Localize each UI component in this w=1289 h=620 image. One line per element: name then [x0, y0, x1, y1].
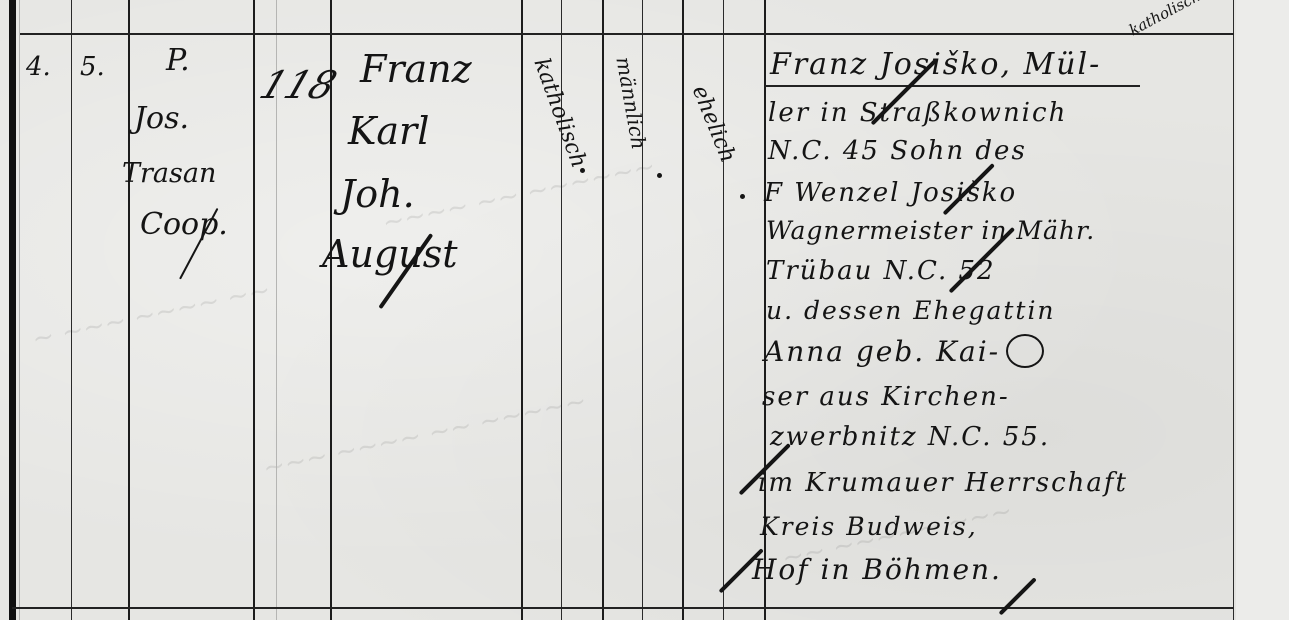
parents-line: Hof in Böhmen. — [752, 556, 1002, 584]
column-rule — [19, 0, 20, 620]
column-rule — [642, 0, 643, 620]
left-binding-rule — [9, 0, 16, 620]
parents-line: Wagnermeister in Mähr. — [766, 218, 1095, 243]
right-border-rule — [1233, 0, 1234, 620]
officiant-line: Trasan — [122, 160, 216, 187]
house-number: 118 — [255, 66, 341, 104]
officiant-line: Jos. — [134, 104, 189, 134]
child-name-line: August — [322, 235, 458, 273]
parents-line: N.C. 45 Sohn des — [768, 138, 1027, 164]
parents-line: Kreis Budweis, — [760, 514, 978, 539]
column-rule — [723, 0, 724, 620]
column-rule — [602, 0, 604, 620]
column-rule — [521, 0, 523, 620]
column-rule — [128, 0, 130, 620]
parents-line: F Wenzel Josiško — [764, 180, 1017, 206]
parents-line: im Krumauer Herrschaft — [758, 470, 1128, 496]
entry-number: 4. — [26, 54, 51, 80]
bleed-through-text: ~~~~ ~~ ~~~~~~ — [380, 151, 658, 238]
child-name-line: Karl — [348, 112, 429, 150]
row-bottom-rule — [12, 607, 1234, 609]
parents-line: u. dessen Ehegattin — [766, 298, 1056, 323]
ink-dot — [657, 173, 662, 178]
name-underline — [765, 85, 1140, 87]
child-name-line: Franz — [360, 50, 472, 88]
officiant-title: P. — [166, 46, 190, 76]
sex-entry: männlich — [611, 55, 651, 151]
column-rule — [71, 0, 72, 620]
pen-stroke — [999, 577, 1037, 615]
ink-dot — [740, 194, 745, 199]
parents-line: ser aus Kirchen- — [762, 384, 1010, 410]
parents-line: zwerbnitz N.C. 55. — [770, 424, 1050, 450]
row-top-rule — [20, 33, 1234, 35]
ink-dot — [580, 168, 585, 173]
register-page: ~ ~~~ ~~~~ ~~ ~~~~ ~~ ~~~~~~ ~~~ ~~~~ ~~… — [0, 0, 1289, 620]
entry-day: 5. — [80, 54, 105, 80]
parents-line: Anna geb. Kai- — [764, 338, 1000, 366]
ink-loop — [1006, 334, 1044, 368]
parents-line: Franz Josiško, Mül- — [770, 50, 1101, 80]
column-rule — [682, 0, 684, 620]
child-name-line: Joh. — [340, 175, 415, 213]
religion-entry: katholisch — [529, 55, 592, 171]
page-margin — [1236, 0, 1289, 620]
bleed-through-text: ~~~ ~~~~ ~~ ~~~~~ — [260, 386, 589, 484]
bleed-through-text: ~ ~~~ ~~~~ ~~ — [30, 275, 274, 355]
column-rule — [253, 0, 255, 620]
parents-line: ler in Straßkownich — [768, 100, 1067, 126]
legitimacy-entry: ehelich — [687, 82, 740, 166]
